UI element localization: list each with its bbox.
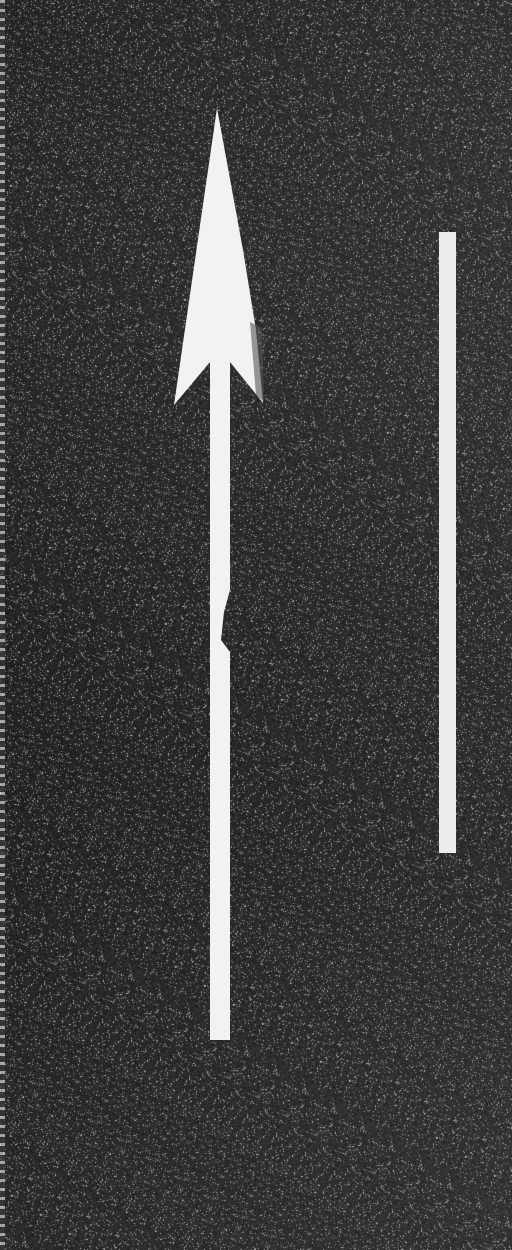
road-surface <box>0 0 512 1250</box>
lane-line <box>439 232 456 853</box>
road-markings <box>0 0 512 1250</box>
straight-arrow-icon <box>174 108 264 1040</box>
arrow-head <box>174 108 263 1040</box>
